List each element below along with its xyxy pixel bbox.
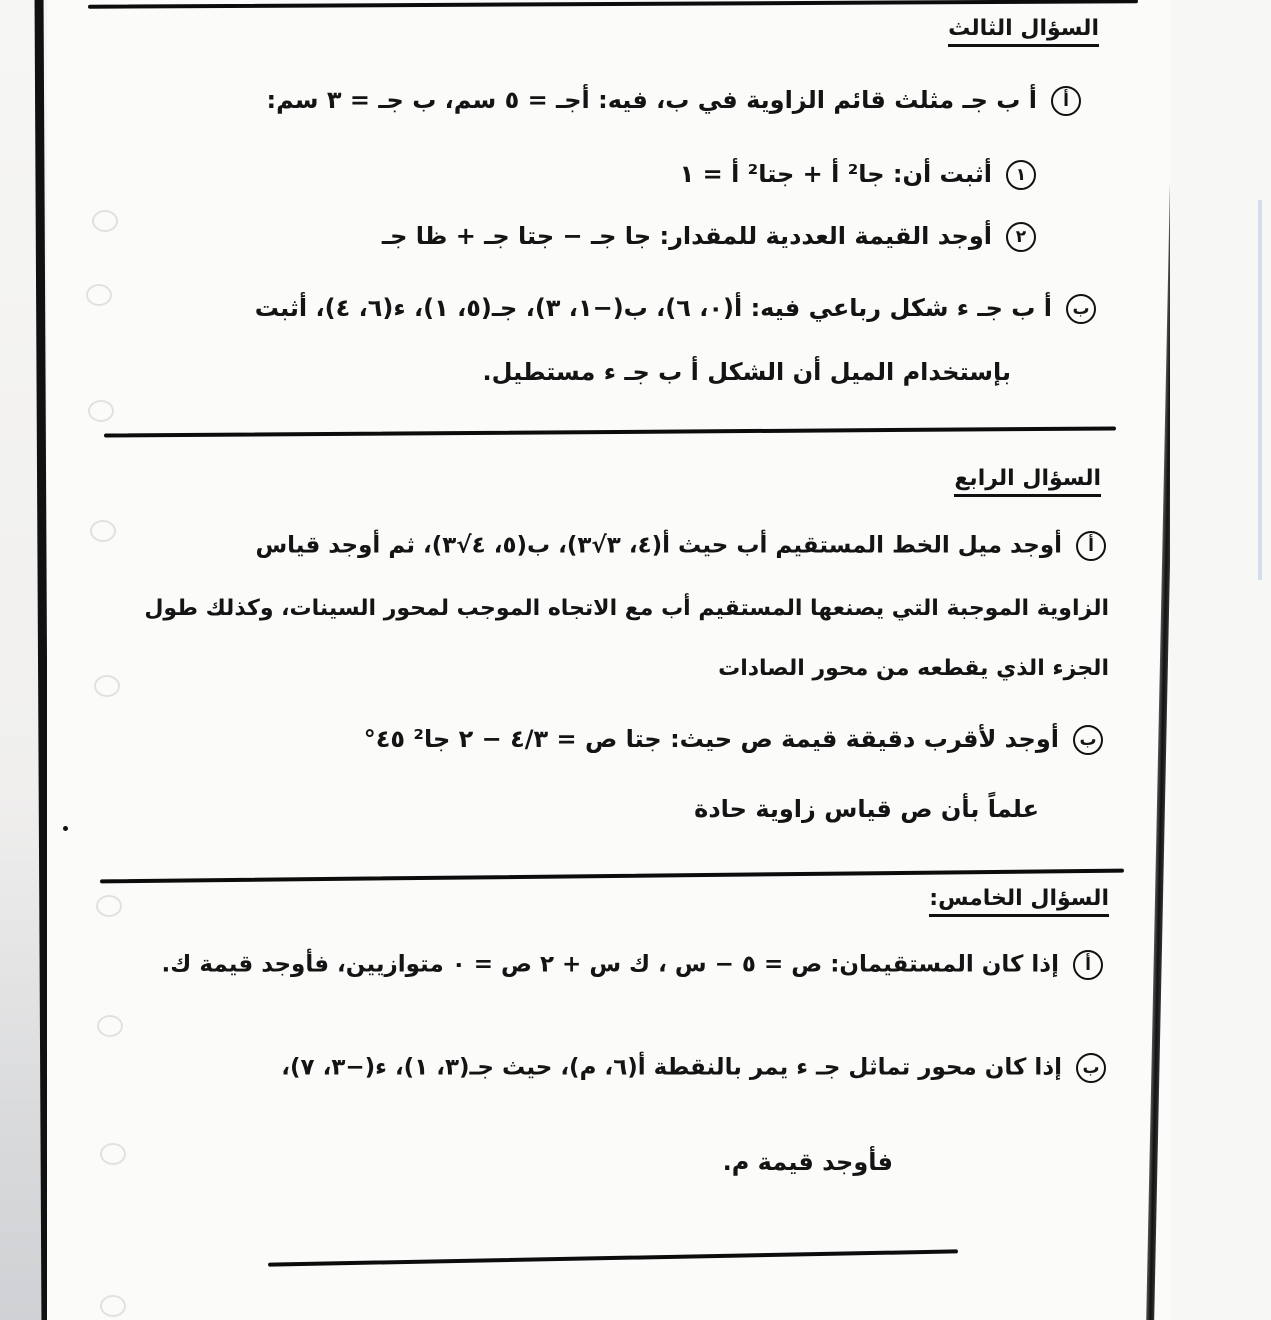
question-4a-line-2: الزاوية الموجبة التي يصنعها المستقيم أب … (144, 596, 1109, 621)
question-text: أ ب جـ ء شكل رباعي فيه: أ(٠، ٦)، ب(−١، ٣… (255, 294, 1052, 322)
subquestion-marker-circle: ٢ (1006, 222, 1036, 252)
question-marker-circle: ب (1076, 1053, 1106, 1083)
question-4b-line-2: علماً بأن ص قياس زاوية حادة (694, 795, 1039, 823)
question-text: إذا كان المستقيمان: ص = ٥ − س ، ك س + ٢ … (162, 952, 1059, 978)
question-text: أوجد ميل الخط المستقيم أب حيث أ(٤، ٣√٣)،… (255, 533, 1062, 559)
question-5b-line-1: بإذا كان محور تماثل جـ ء يمر بالنقطة أ(٦… (281, 1053, 1106, 1083)
section-heading-q5: السؤال الخامس: (929, 886, 1109, 917)
question-marker-circle: أ (1051, 86, 1081, 116)
subquestion-marker-circle: ١ (1006, 160, 1036, 190)
bleed-through-mark (94, 675, 120, 697)
bleed-through-mark (90, 520, 116, 542)
bleed-through-mark (97, 1015, 123, 1037)
stray-dot (63, 826, 68, 831)
question-marker-circle: ب (1073, 725, 1103, 755)
question-4b-line-1: بأوجد لأقرب دقيقة قيمة ص حيث: جتا ص = ٤/… (364, 725, 1103, 755)
question-text: أ ب جـ مثلث قائم الزاوية في ب، فيه: أجـ … (266, 86, 1037, 114)
question-3b-line-2: بإستخدام الميل أن الشكل أ ب جـ ء مستطيل. (483, 358, 1011, 386)
section-heading-q3: السؤال الثالث (948, 16, 1099, 47)
bleed-through-mark (86, 284, 112, 306)
question-marker-circle: أ (1076, 531, 1106, 561)
subquestion-text: أثبت أن: جا² أ + جتا² أ = ١ (680, 160, 992, 188)
question-text: إذا كان محور تماثل جـ ء يمر بالنقطة أ(٦،… (281, 1055, 1062, 1081)
question-5a-line-1: أإذا كان المستقيمان: ص = ٥ − س ، ك س + ٢… (162, 950, 1103, 980)
question-3a-sub-1: ١أثبت أن: جا² أ + جتا² أ = ١ (680, 160, 1036, 190)
right-page-strip (1170, 0, 1271, 1320)
question-4a-line-1: أأوجد ميل الخط المستقيم أب حيث أ(٤، ٣√٣)… (255, 531, 1106, 561)
question-3a-sub-2: ٢أوجد القيمة العددية للمقدار: جا جـ − جت… (382, 222, 1036, 252)
question-text: أوجد لأقرب دقيقة قيمة ص حيث: جتا ص = ٤/٣… (364, 725, 1059, 753)
question-5b-line-2: فأوجد قيمة م. (723, 1148, 893, 1176)
question-4a-line-3: الجزء الذي يقطعه من محور الصادات (718, 656, 1109, 681)
subquestion-text: أوجد القيمة العددية للمقدار: جا جـ − جتا… (382, 222, 992, 250)
question-3b-line-1: بأ ب جـ ء شكل رباعي فيه: أ(٠، ٦)، ب(−١، … (255, 294, 1096, 324)
question-3a-line-1: أأ ب جـ مثلث قائم الزاوية في ب، فيه: أجـ… (266, 86, 1081, 116)
bleed-through-mark (100, 1295, 126, 1317)
question-marker-circle: ب (1066, 294, 1096, 324)
question-marker-circle: أ (1073, 950, 1103, 980)
scan-artifact (1258, 200, 1262, 580)
section-heading-q4: السؤال الرابع (954, 466, 1101, 497)
bleed-through-mark (96, 895, 122, 917)
bleed-through-mark (88, 400, 114, 422)
bleed-through-mark (100, 1143, 126, 1165)
bleed-through-mark (92, 210, 118, 232)
